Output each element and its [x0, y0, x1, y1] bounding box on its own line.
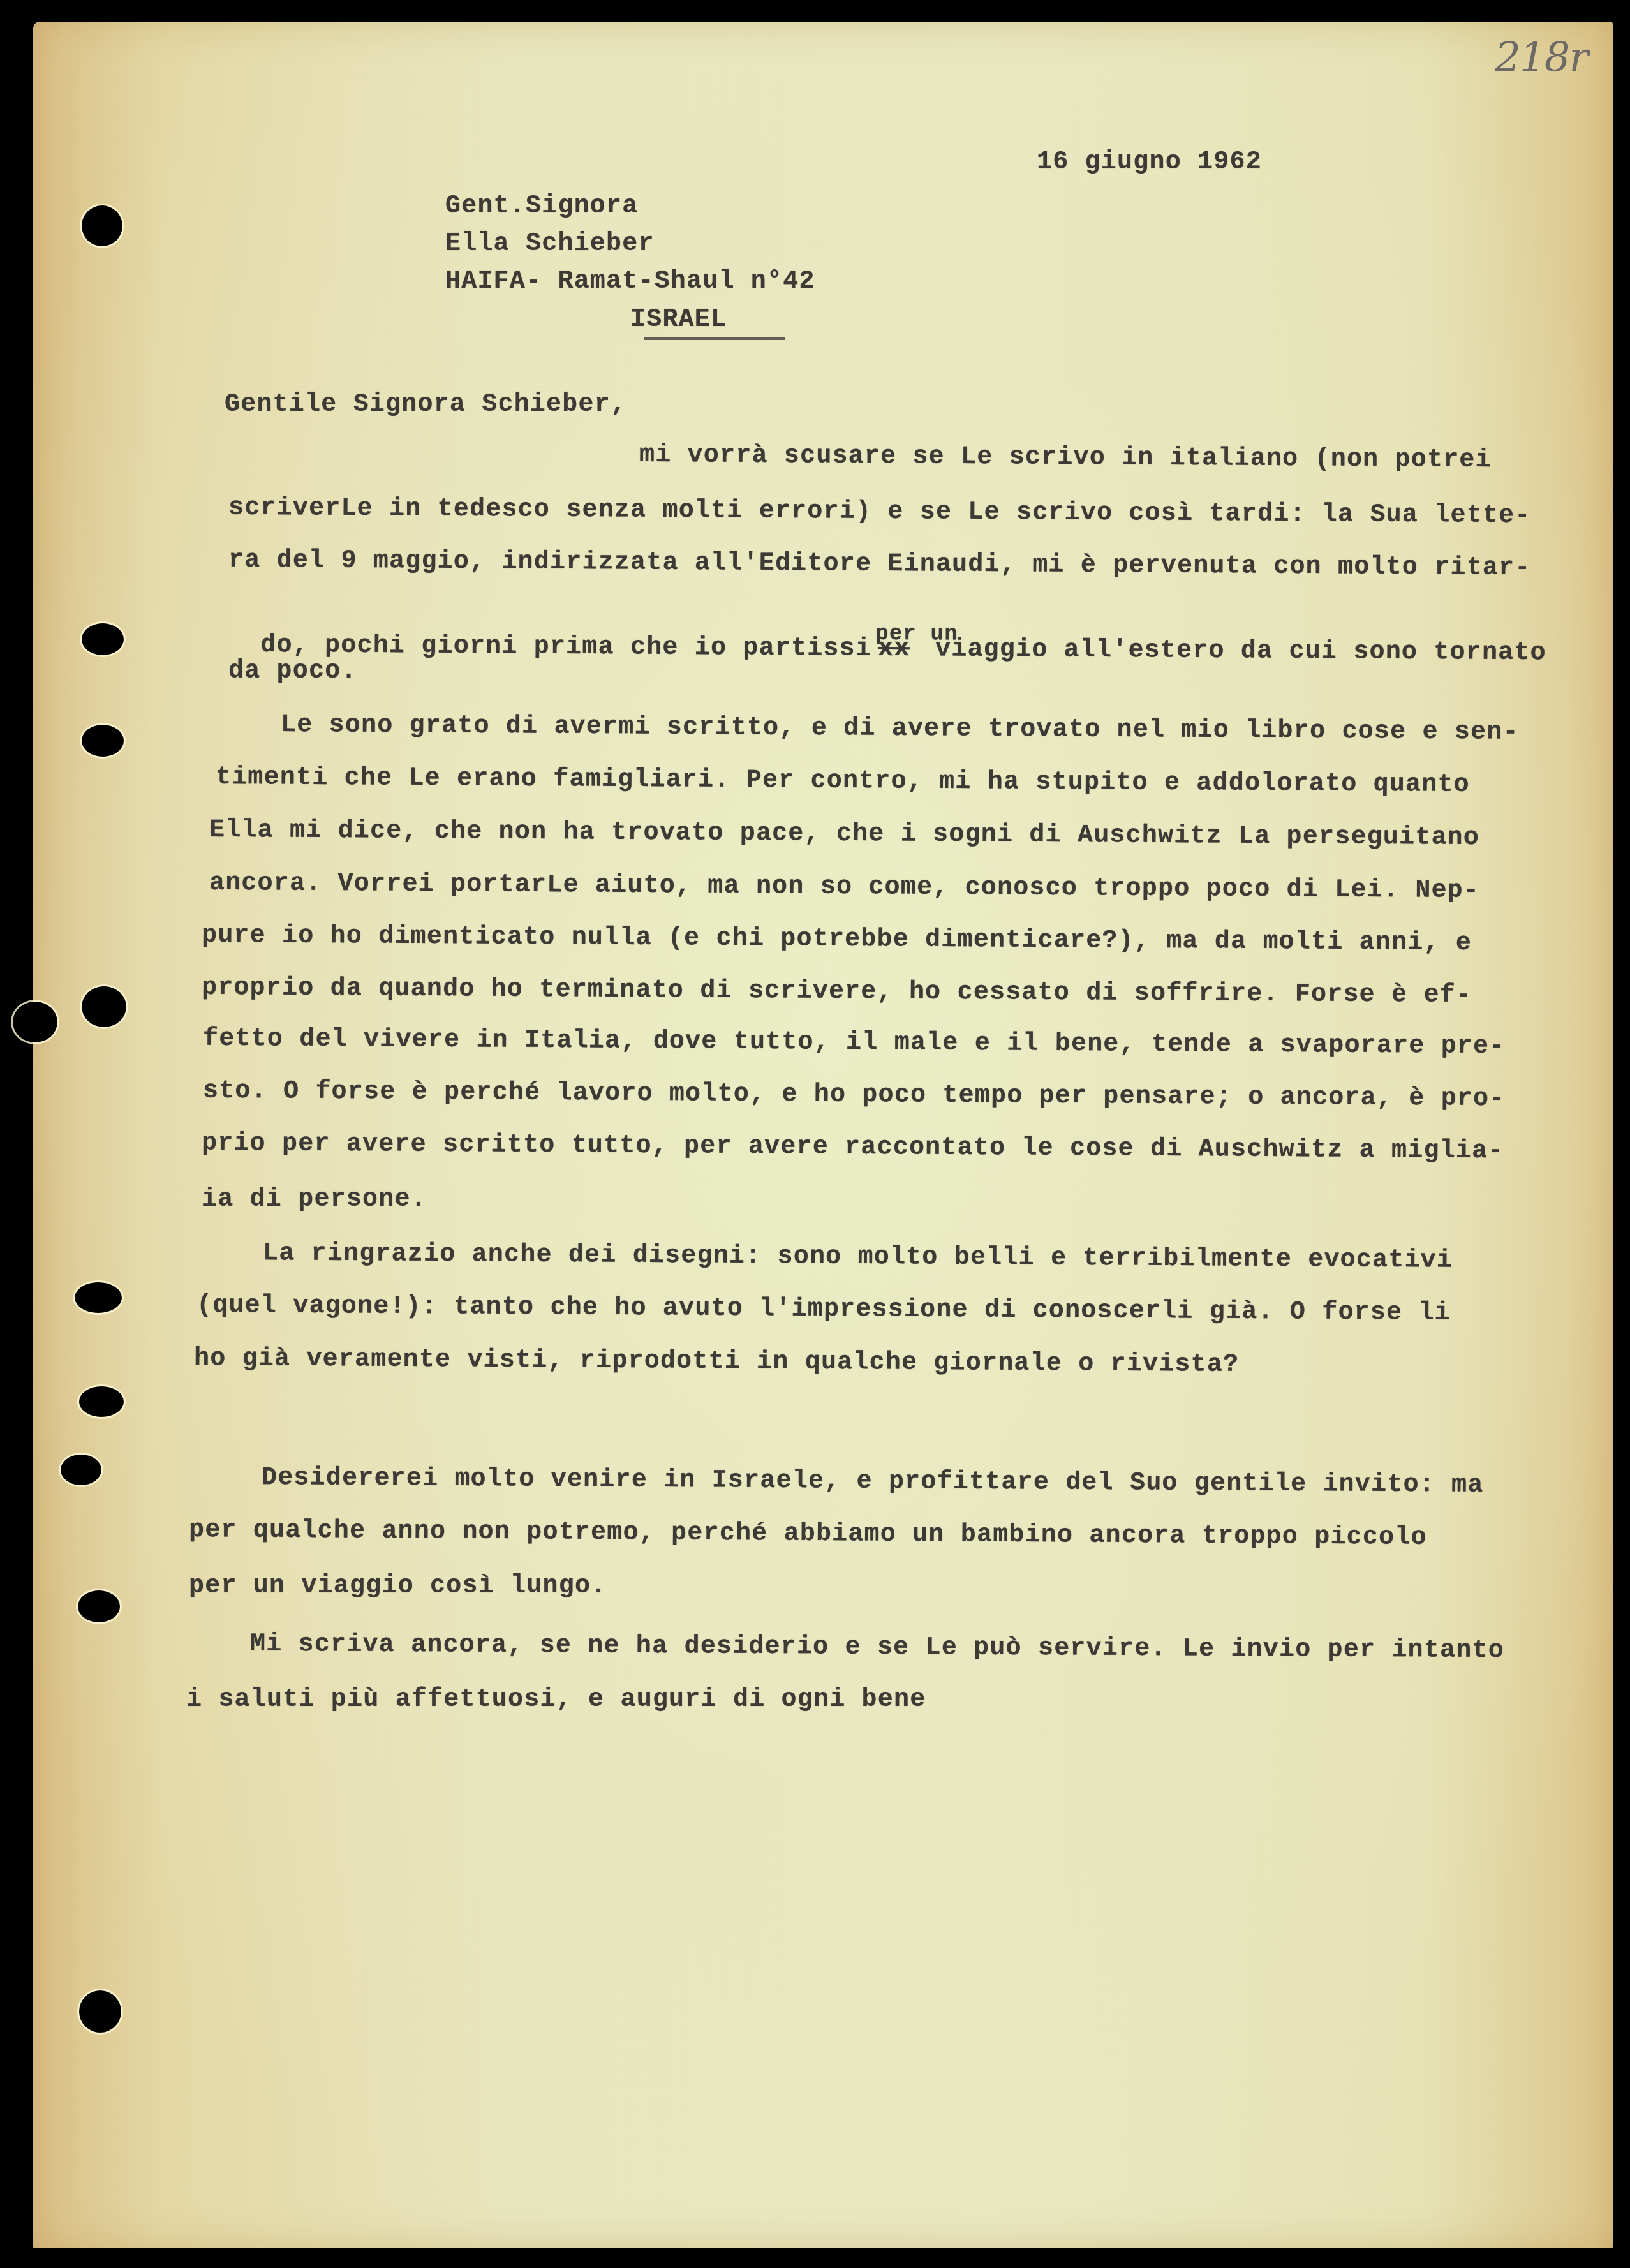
recipient-address: HAIFA- Ramat-Shaul n°42: [445, 264, 815, 300]
punch-hole: [79, 1386, 124, 1417]
punch-hole: [82, 205, 122, 246]
greeting: Gentile Signora Schieber,: [225, 390, 626, 419]
recipient-country: ISRAEL: [630, 302, 727, 338]
body-line-part: viaggio all'estero da cui sono tornato: [935, 635, 1546, 667]
recipient-name: Ella Schieber: [445, 226, 655, 262]
body-line: da poco.: [228, 657, 357, 686]
punch-hole: [82, 623, 124, 655]
punch-hole: [82, 986, 126, 1027]
inserted-text: per un: [875, 622, 958, 647]
punch-hole: [78, 1590, 120, 1622]
country-underline: [644, 337, 785, 340]
punch-hole: [75, 1282, 122, 1313]
letter-date: 16 giugno 1962: [1037, 148, 1262, 177]
body-line-with-correction: do, pochi giorni prima che io partissipe…: [228, 602, 1546, 668]
folio-number: 218r: [1495, 34, 1587, 82]
body-line: per un viaggio così lungo.: [189, 1572, 607, 1601]
recipient-salutation: Gent.Signora: [445, 189, 638, 225]
body-line: ia di persone.: [202, 1185, 427, 1214]
punch-hole: [61, 1455, 101, 1485]
closing-line: i saluti più affettuosi, e auguri di ogn…: [186, 1686, 926, 1714]
body-line: mi vorrà scusare se Le scrivo in italian…: [639, 441, 1492, 475]
punch-hole: [82, 725, 124, 757]
punch-hole: [79, 1990, 121, 2033]
typed-correction: per unxx: [871, 635, 935, 664]
punch-hole-edge: [13, 1002, 57, 1042]
